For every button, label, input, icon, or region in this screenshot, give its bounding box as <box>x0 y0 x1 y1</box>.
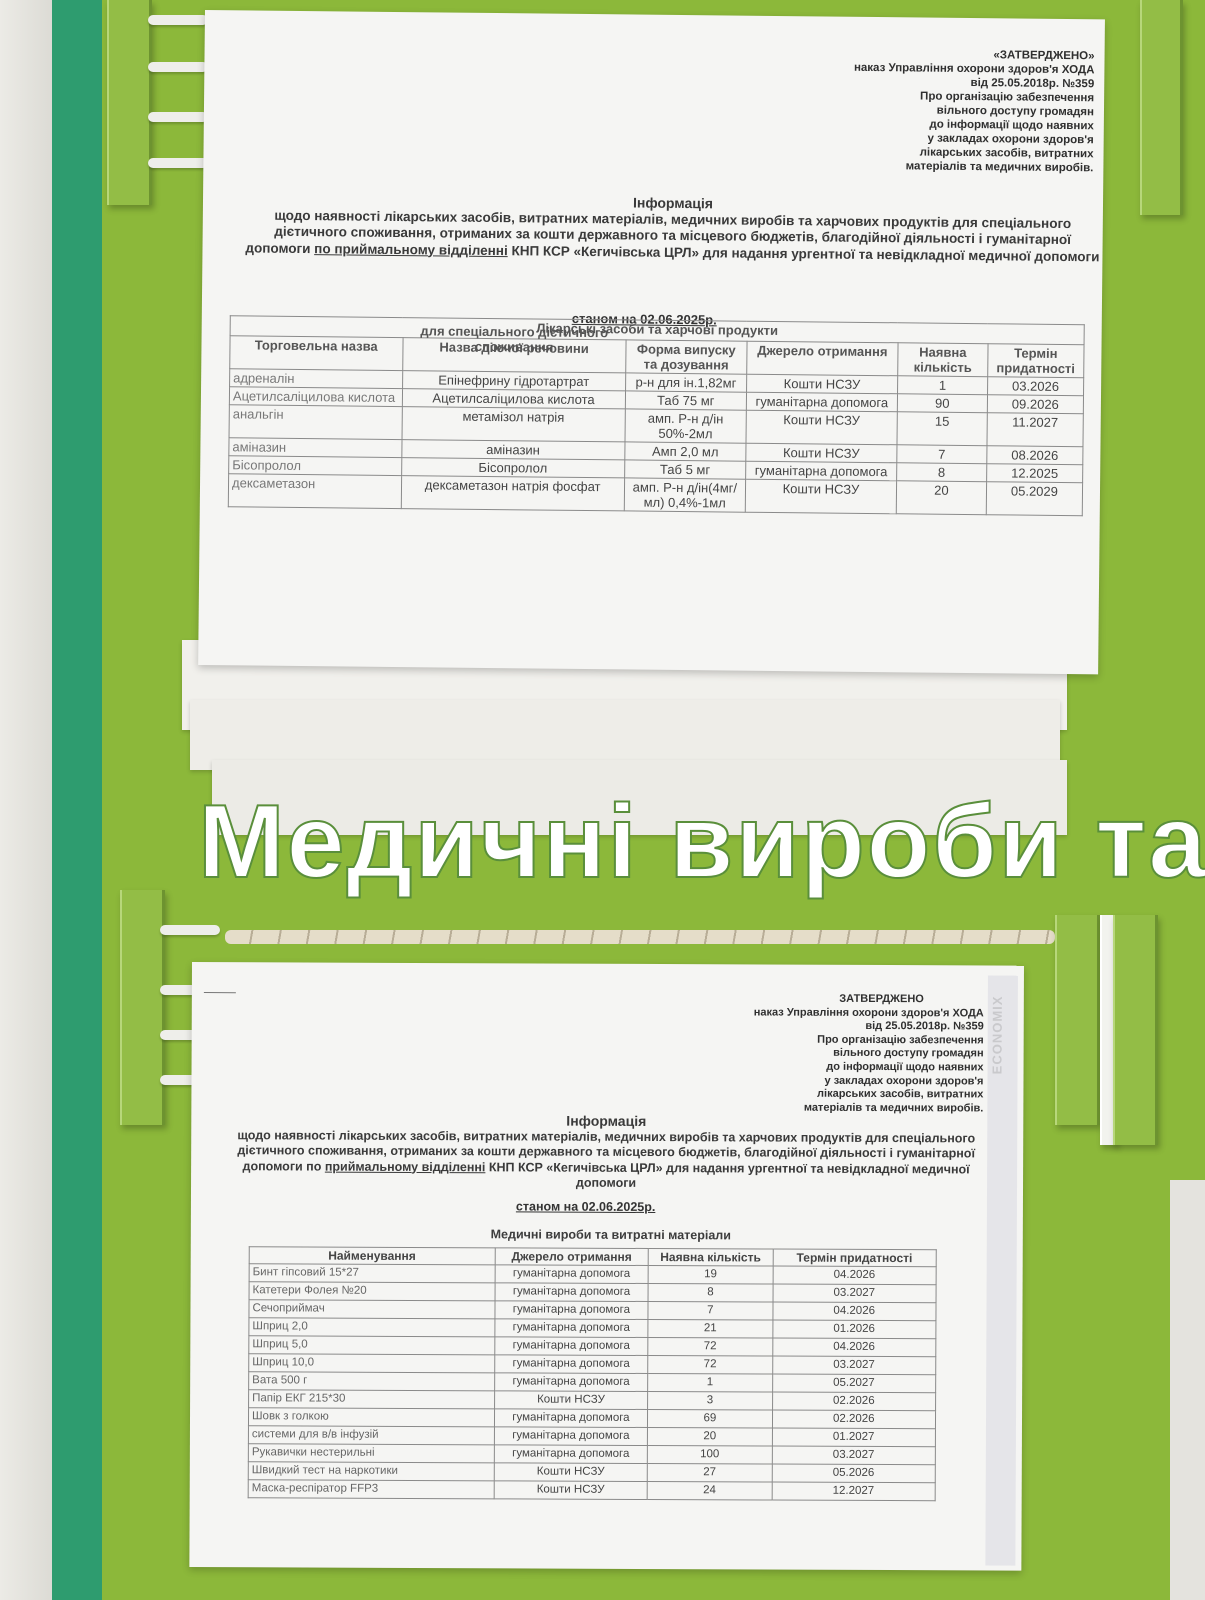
expiry-cell: 03.2026 <box>987 377 1083 396</box>
approval-line: ЗАТВЕРДЖЕНО <box>754 992 924 1006</box>
department-name: приймальному відділенні <box>325 1159 486 1174</box>
item-name-cell: Шприц 10,0 <box>249 1354 495 1373</box>
approval-line: лікарських засобів, витратних <box>753 1088 983 1103</box>
source-cell: гуманітарна допомога <box>494 1427 648 1446</box>
column-header: Джерело отримання <box>747 341 898 376</box>
board-banner-heading: Медичні вироби та ви <box>198 790 1205 894</box>
holder-post <box>107 0 152 205</box>
approval-line: матеріалів та медичних виробів. <box>853 159 1094 176</box>
expiry-cell: 08.2026 <box>987 446 1083 465</box>
form-cell: амп. Р-н д/ін(4мг/мл) 0,4%-1мл <box>624 478 745 512</box>
column-header: для спеціального дієтичного споживання Н… <box>402 338 626 373</box>
quantity-cell: 100 <box>648 1445 772 1464</box>
wall <box>1170 1180 1205 1600</box>
item-name-cell: Шприц 2,0 <box>249 1318 495 1337</box>
column-header-text: Назва діючої речовини <box>406 339 622 356</box>
expiry-cell: 01.2026 <box>772 1320 936 1339</box>
source-cell: Кошти НСЗУ <box>746 443 897 463</box>
holder-post <box>1140 0 1183 215</box>
expiry-cell: 12.2027 <box>772 1482 936 1501</box>
trade-name-cell: аміназин <box>229 438 402 458</box>
quantity-cell: 21 <box>648 1319 772 1338</box>
form-cell: Амп 2,0 мл <box>625 442 746 461</box>
approval-line: Про організацію забезпечення <box>754 1033 984 1048</box>
quantity-cell: 24 <box>647 1481 771 1500</box>
quantity-cell: 20 <box>896 481 986 515</box>
source-cell: Кошти НСЗУ <box>746 374 897 394</box>
table-row: Швидкий тест на наркотикиКошти НСЗУ2705.… <box>248 1462 935 1483</box>
trade-name-cell: Ацетилсаліцилова кислота <box>229 387 402 407</box>
expiry-cell: 05.2029 <box>986 482 1082 516</box>
item-name-cell: Рукавички нестерильні <box>248 1444 494 1463</box>
quantity-cell: 8 <box>648 1283 772 1302</box>
source-cell: Кошти НСЗУ <box>494 1481 648 1500</box>
source-cell: Кошти НСЗУ <box>745 479 896 514</box>
column-header: Термін придатності <box>988 344 1084 378</box>
item-name-cell: Шовк з голкою <box>248 1408 494 1427</box>
holder-rod <box>160 925 220 935</box>
form-cell: амп. Р-н д/ін 50%-2мл <box>625 409 746 443</box>
source-cell: гуманітарна допомога <box>494 1355 648 1374</box>
expiry-cell: 04.2026 <box>772 1302 936 1321</box>
substance-cell: метамізол натрія <box>402 407 626 442</box>
quantity-cell: 7 <box>648 1301 772 1320</box>
form-cell: Таб 5 мг <box>624 460 745 479</box>
source-cell: гуманітарна допомога <box>494 1337 648 1356</box>
approval-line: у закладах охорони здоров'я <box>753 1074 983 1089</box>
teal-board-edge <box>52 0 102 1600</box>
quantity-cell: 72 <box>648 1337 772 1356</box>
table-row: Бинт гіпсовий 15*27гуманітарна допомога1… <box>249 1264 936 1285</box>
quantity-cell: 69 <box>648 1409 772 1428</box>
trade-name-cell: анальгін <box>229 405 402 440</box>
item-name-cell: Сечоприймач <box>249 1300 495 1319</box>
quantity-cell: 1 <box>897 376 987 395</box>
column-header: Форма випуску та дозування <box>626 340 747 374</box>
column-header: Торговельна назва <box>230 336 403 371</box>
item-name-cell: Вата 500 г <box>249 1372 495 1391</box>
quantity-cell: 3 <box>648 1391 772 1410</box>
approval-line: до інформації щодо наявних <box>754 1060 984 1075</box>
document-medical-supplies: ECONOMIX ЗАТВЕРДЖЕНО наказ Управління ох… <box>189 962 1024 1571</box>
form-cell: Таб 75 мг <box>625 391 746 410</box>
expiry-cell: 02.2026 <box>772 1410 936 1429</box>
substance-cell: Бісопролол <box>401 458 624 478</box>
approval-line: матеріалів та медичних виробів. <box>753 1101 983 1116</box>
supplies-table: Найменування Джерело отримання Наявна кі… <box>248 1246 937 1501</box>
holder-rod <box>148 62 208 72</box>
quantity-cell: 8 <box>897 463 987 482</box>
holder-rod <box>148 158 208 168</box>
table-row: Рукавички нестерильнігуманітарна допомог… <box>248 1444 935 1465</box>
table-row: Маска-респіратор FFP3Кошти НСЗУ2412.2027 <box>248 1480 935 1501</box>
column-header: Термін придатності <box>773 1249 937 1267</box>
quantity-cell: 27 <box>647 1463 771 1482</box>
source-cell: гуманітарна допомога <box>746 461 897 481</box>
holder-rod <box>148 15 208 25</box>
form-cell: р-н для ін.1,82мг <box>625 373 746 392</box>
column-header: Наявна кількість <box>648 1248 772 1266</box>
expiry-cell: 04.2026 <box>773 1266 937 1285</box>
approval-line: наказ Управління охорони здоров'я ХОДА <box>854 61 1095 78</box>
expiry-cell: 12.2025 <box>986 464 1082 483</box>
quantity-cell: 7 <box>897 445 987 464</box>
approval-line: вільного доступу громадян <box>754 1047 984 1062</box>
sleeve-brand-label: ECONOMIX <box>990 995 1005 1074</box>
expiry-cell: 05.2026 <box>772 1464 936 1483</box>
holder-spiral-binding <box>225 930 1055 944</box>
item-name-cell: Папір ЕКГ 215*30 <box>249 1390 495 1409</box>
source-cell: Кошти НСЗУ <box>746 410 897 445</box>
trade-name-cell: адреналін <box>230 369 403 389</box>
source-cell: гуманітарна допомога <box>494 1445 648 1464</box>
item-name-cell: Маска-респіратор FFP3 <box>248 1480 494 1499</box>
medicines-table: Лікарські засоби та харчові продукти Тор… <box>228 315 1085 516</box>
expiry-cell: 04.2026 <box>772 1338 936 1357</box>
source-cell: гуманітарна допомога <box>746 392 897 412</box>
expiry-cell: 03.2027 <box>773 1284 937 1303</box>
quantity-cell: 72 <box>648 1355 772 1374</box>
substance-cell: Ацетилсаліцилова кислота <box>402 389 625 409</box>
approval-line: наказ Управління охорони здоров'я ХОДА <box>754 1006 984 1021</box>
expiry-cell: 05.2027 <box>772 1374 936 1393</box>
pin-mark <box>204 992 236 993</box>
source-cell: гуманітарна допомога <box>495 1283 649 1302</box>
source-cell: гуманітарна допомога <box>495 1301 649 1320</box>
holder-rod <box>148 112 208 122</box>
approval-block: ЗАТВЕРДЖЕНО наказ Управління охорони здо… <box>753 992 984 1115</box>
item-name-cell: Швидкий тест на наркотики <box>248 1462 494 1481</box>
column-header: Наявна кількість <box>898 343 988 377</box>
info-heading: Інформація щодо наявності лікарських зас… <box>211 1112 1001 1193</box>
expiry-cell: 03.2027 <box>772 1356 936 1375</box>
source-cell: Кошти НСЗУ <box>494 1391 648 1410</box>
expiry-cell: 11.2027 <box>987 413 1083 447</box>
info-text: КНП КСР «Кегичівська ЦРЛ» для надання ур… <box>485 1160 969 1190</box>
substance-cell: дексаметазон натрія фосфат <box>401 476 625 511</box>
substance-cell: аміназин <box>401 440 624 460</box>
wall <box>0 0 52 1600</box>
expiry-cell: 01.2027 <box>772 1428 936 1447</box>
source-cell: гуманітарна допомога <box>494 1373 648 1392</box>
column-header: Джерело отримання <box>495 1248 649 1266</box>
column-header: Найменування <box>249 1247 495 1265</box>
source-cell: гуманітарна допомога <box>495 1319 649 1338</box>
expiry-cell: 09.2026 <box>987 395 1083 414</box>
table-row: Катетери Фолея №20гуманітарна допомога80… <box>249 1282 936 1303</box>
department-name: по приймальному відділенні <box>314 241 508 258</box>
holder-post <box>120 890 165 1125</box>
table-title: Медичні вироби та витратні матеріали <box>251 1226 971 1243</box>
as-of-date: станом на 02.06.2025р. <box>516 1199 655 1214</box>
expiry-cell: 02.2026 <box>772 1392 936 1411</box>
expiry-cell: 03.2027 <box>772 1446 936 1465</box>
item-name-cell: системи для в/в інфузій <box>248 1426 494 1445</box>
trade-name-cell: дексаметазон <box>228 474 401 509</box>
item-name-cell: Катетери Фолея №20 <box>249 1282 495 1301</box>
quantity-cell: 20 <box>648 1427 772 1446</box>
quantity-cell: 90 <box>897 394 987 413</box>
holder-post <box>1055 915 1100 1125</box>
approval-block: «ЗАТВЕРДЖЕНО» наказ Управління охорони з… <box>853 47 1095 176</box>
approval-line: від 25.05.2018р. №359 <box>754 1020 984 1035</box>
item-name-cell: Бинт гіпсовий 15*27 <box>249 1264 495 1283</box>
quantity-cell: 15 <box>897 412 987 446</box>
source-cell: гуманітарна допомога <box>495 1265 649 1284</box>
source-cell: гуманітарна допомога <box>494 1409 648 1428</box>
item-name-cell: Шприц 5,0 <box>249 1336 495 1355</box>
source-cell: Кошти НСЗУ <box>494 1463 648 1482</box>
document-medicines: «ЗАТВЕРДЖЕНО» наказ Управління охорони з… <box>198 10 1105 674</box>
table-row: системи для в/в інфузійгуманітарна допом… <box>248 1426 935 1447</box>
trade-name-cell: Бісопролол <box>229 456 402 476</box>
quantity-cell: 19 <box>648 1265 772 1284</box>
substance-cell: Епінефрину гідротартрат <box>402 371 625 391</box>
quantity-cell: 1 <box>648 1373 772 1392</box>
holder-post <box>1113 915 1158 1145</box>
info-heading: Інформація щодо наявності лікарських зас… <box>242 190 1103 265</box>
